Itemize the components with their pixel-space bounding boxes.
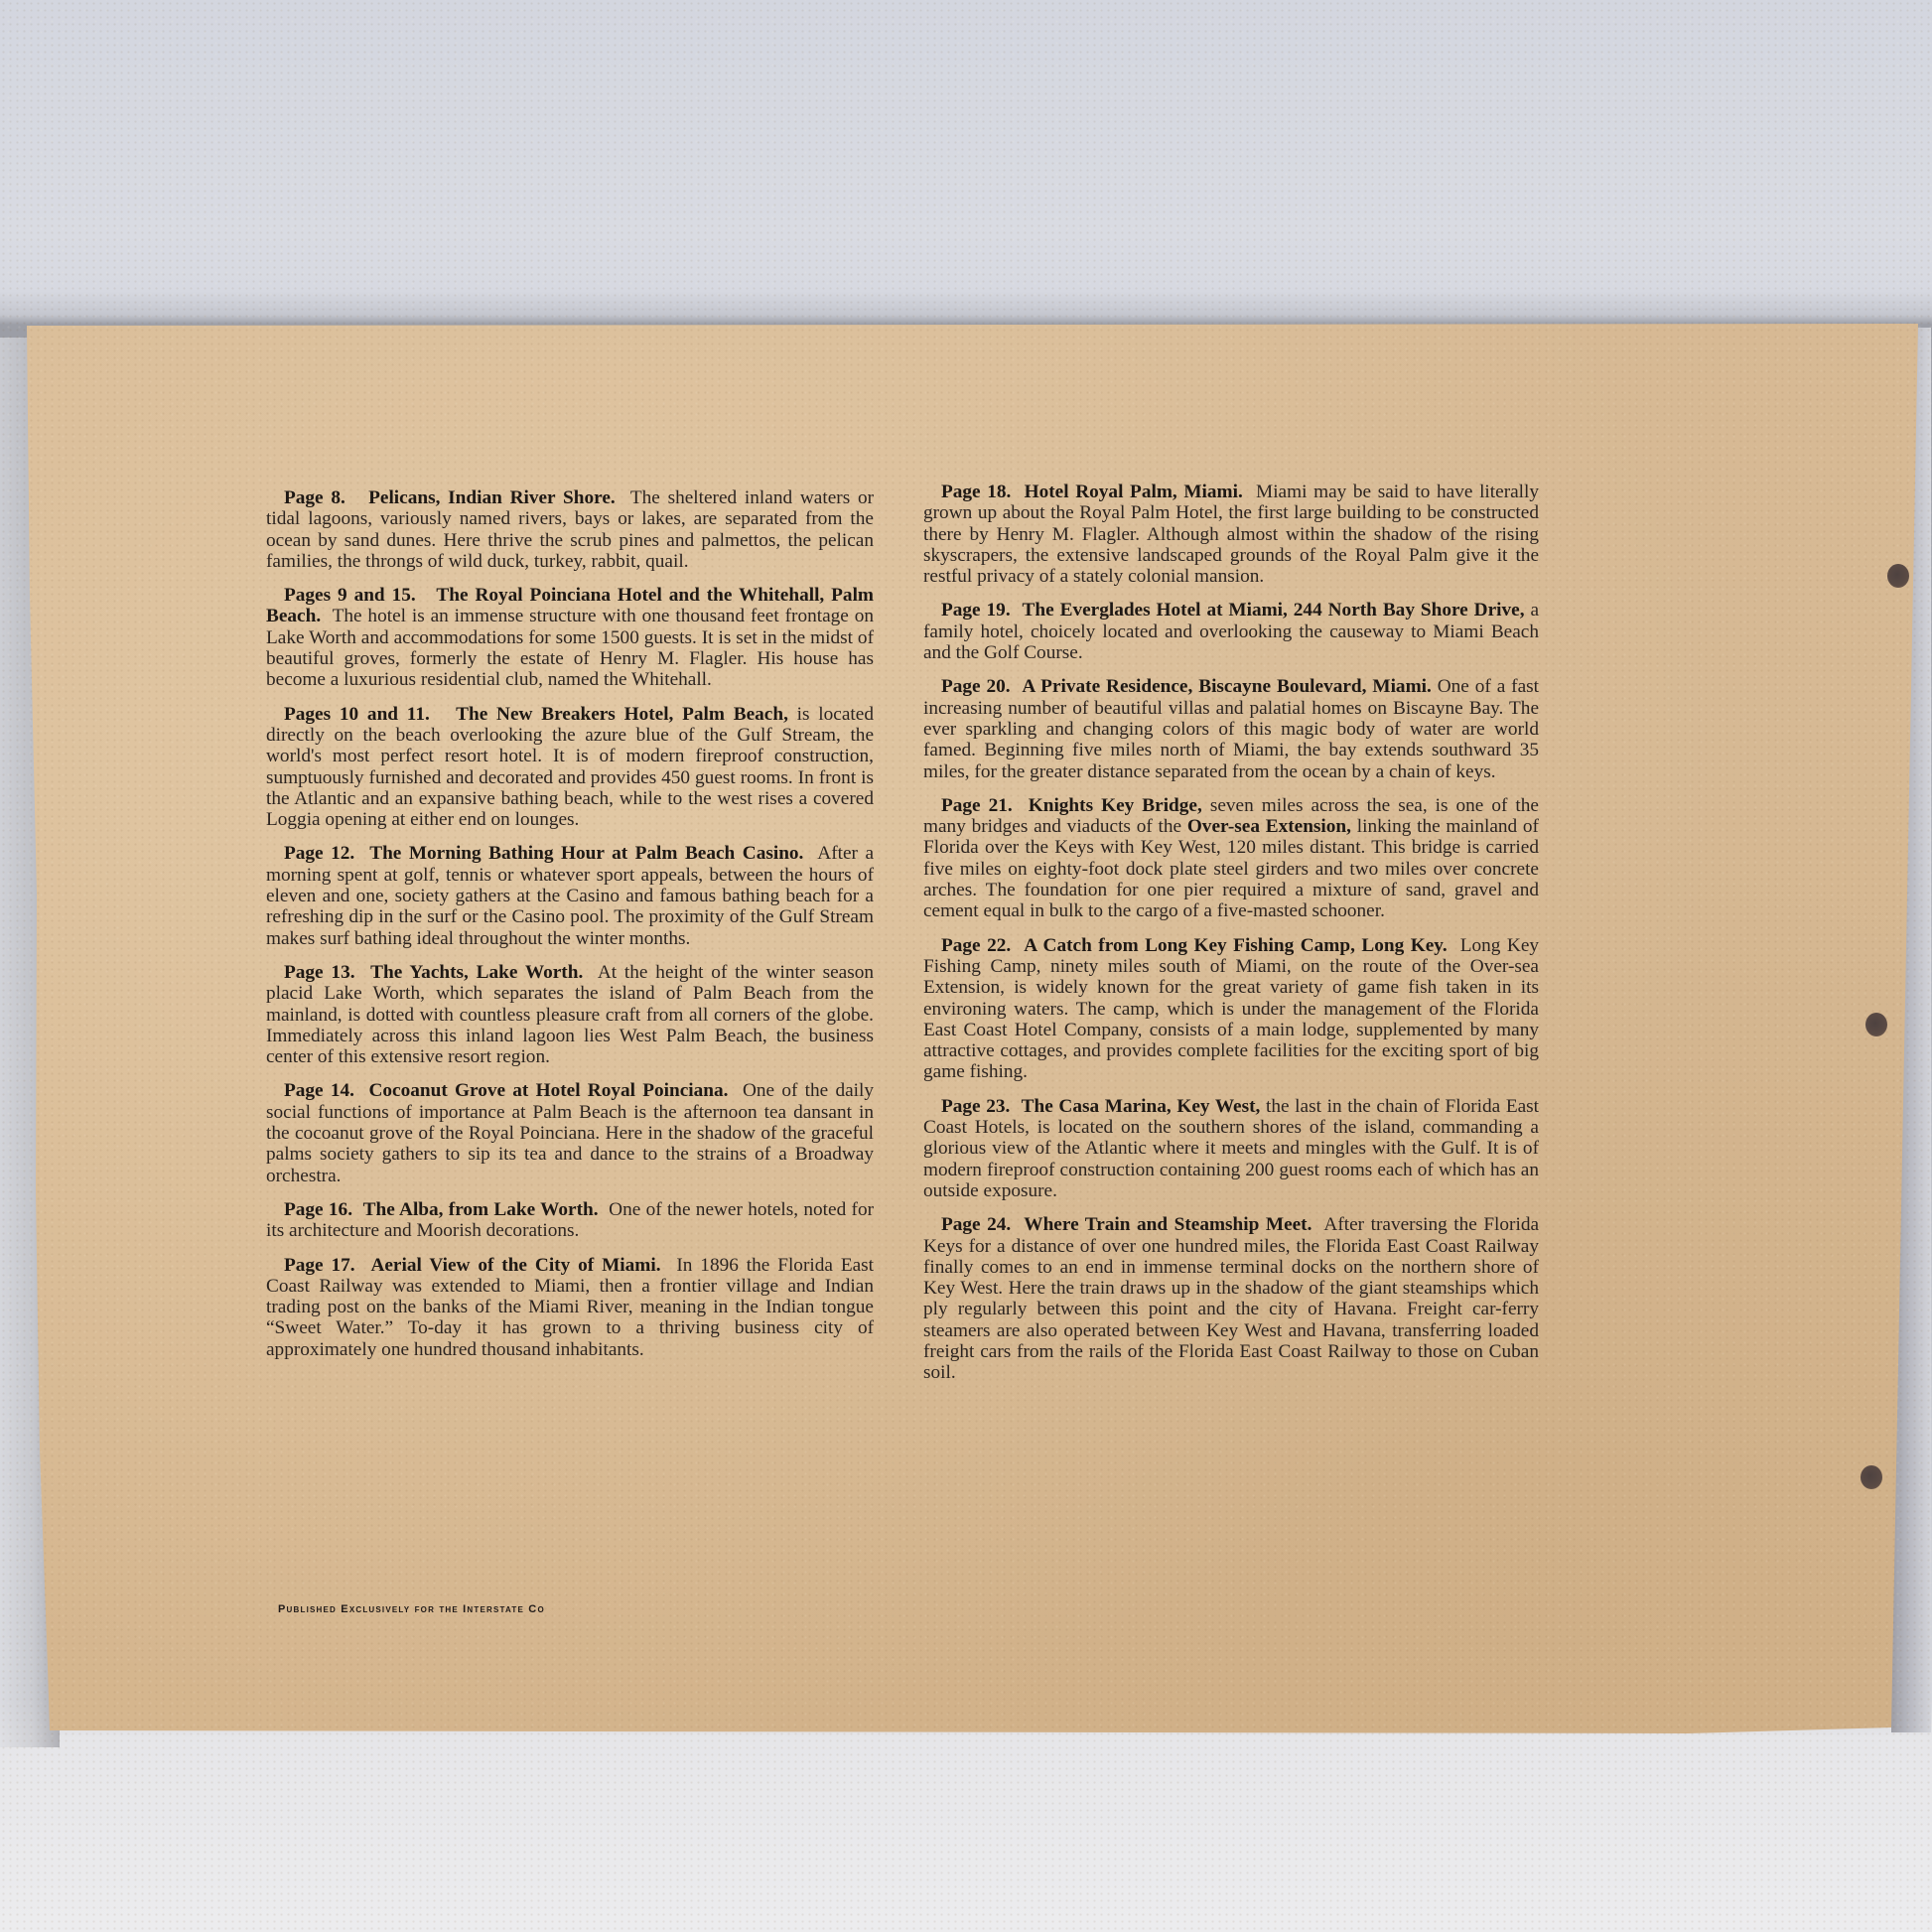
left-column: Page 8. Pelicans, Indian River Shore. Th… [266, 487, 874, 1373]
entry-title: Hotel Royal Palm, Miami. [1025, 482, 1243, 502]
caption-entry: Pages 10 and 11. The New Breakers Hotel,… [266, 704, 874, 831]
publisher-imprint: Published Exclusively for the Interstate… [278, 1603, 545, 1615]
caption-entry: Page 19. The Everglades Hotel at Miami, … [923, 600, 1539, 663]
caption-entry: Page 8. Pelicans, Indian River Shore. Th… [266, 487, 874, 572]
entry-ref: Page 16. [284, 1199, 352, 1220]
punch-hole-icon [1865, 1013, 1887, 1036]
caption-entry: Page 13. The Yachts, Lake Worth. At the … [266, 962, 874, 1067]
entry-ref: Pages 9 and 15. [284, 585, 416, 606]
entry-title: The Yachts, Lake Worth. [370, 962, 583, 983]
entry-title: Knights Key Bridge, [1029, 795, 1202, 816]
entry-title: Aerial View of the City of Miami. [370, 1255, 660, 1276]
caption-entry: Page 20. A Private Residence, Biscayne B… [923, 676, 1539, 781]
entry-ref: Page 14. [284, 1080, 354, 1101]
caption-entry: Page 14. Cocoanut Grove at Hotel Royal P… [266, 1080, 874, 1185]
entry-ref: Page 18. [941, 482, 1011, 502]
entry-title: The Alba, from Lake Worth. [363, 1199, 599, 1220]
punch-hole-icon [1887, 564, 1909, 588]
entry-title: The Casa Marina, Key West, [1022, 1096, 1261, 1117]
entry-title: A Private Residence, Biscayne Boulevard,… [1022, 676, 1431, 697]
entry-title: Where Train and Steamship Meet. [1024, 1214, 1311, 1235]
caption-entry: Page 17. Aerial View of the City of Miam… [266, 1255, 874, 1360]
entry-ref: Page 17. [284, 1255, 355, 1276]
entry-ref: Pages 10 and 11. [284, 704, 430, 725]
entry-title: The Morning Bathing Hour at Palm Beach C… [369, 843, 803, 864]
entry-ref: Page 24. [941, 1214, 1011, 1235]
caption-entry: Page 16. The Alba, from Lake Worth. One … [266, 1199, 874, 1242]
caption-entry: Page 18. Hotel Royal Palm, Miami. Miami … [923, 482, 1539, 587]
entry-emphasis: Over-sea Extension, [1187, 816, 1351, 837]
caption-entry: Page 22. A Catch from Long Key Fishing C… [923, 935, 1539, 1083]
entry-ref: Page 20. [941, 676, 1011, 697]
entry-body: The hotel is an immense structure with o… [266, 606, 874, 690]
entry-ref: Page 21. [941, 795, 1013, 816]
entry-title: Pelicans, Indian River Shore. [368, 487, 616, 508]
entry-ref: Page 8. [284, 487, 345, 508]
punch-hole-icon [1861, 1465, 1882, 1489]
entry-title: A Catch from Long Key Fishing Camp, Long… [1024, 935, 1448, 956]
caption-entry: Page 12. The Morning Bathing Hour at Pal… [266, 843, 874, 948]
entry-title: The New Breakers Hotel, Palm Beach, [456, 704, 788, 725]
entry-title: The Everglades Hotel at Miami, 244 North… [1023, 600, 1525, 621]
entry-ref: Page 22. [941, 935, 1011, 956]
right-column: Page 18. Hotel Royal Palm, Miami. Miami … [923, 482, 1539, 1397]
entry-title: Cocoanut Grove at Hotel Royal Poinciana. [368, 1080, 728, 1101]
caption-entry: Pages 9 and 15. The Royal Poinciana Hote… [266, 585, 874, 690]
entry-ref: Page 19. [941, 600, 1011, 621]
caption-entry: Page 23. The Casa Marina, Key West, the … [923, 1096, 1539, 1201]
caption-entry: Page 24. Where Train and Steamship Meet.… [923, 1214, 1539, 1383]
entry-body: Long Key Fishing Camp, ninety miles sout… [923, 935, 1539, 1083]
caption-entry: Page 21. Knights Key Bridge, seven miles… [923, 795, 1539, 922]
entry-ref: Page 13. [284, 962, 355, 983]
entry-ref: Page 23. [941, 1096, 1010, 1117]
entry-body: After traversing the Florida Keys for a … [923, 1214, 1539, 1383]
entry-ref: Page 12. [284, 843, 354, 864]
